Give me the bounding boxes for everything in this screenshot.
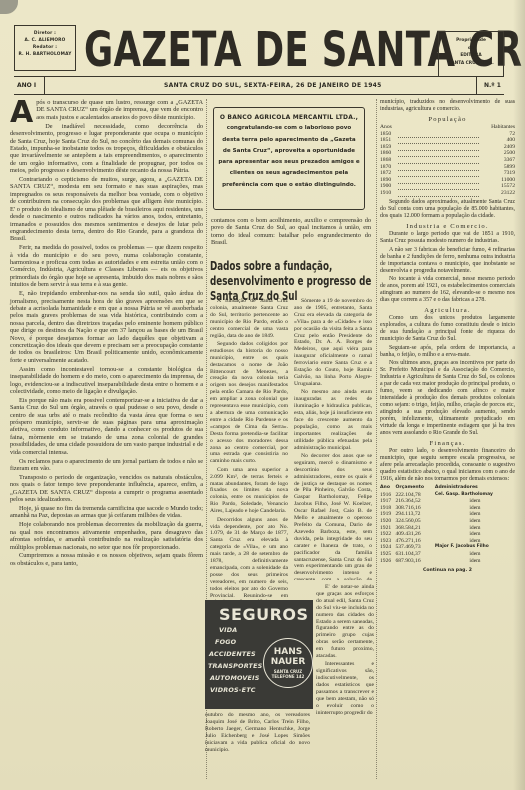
value-cell: 7319 xyxy=(479,170,515,177)
editorial-paragraph: E, não trepidando embrenhar-nos na senda… xyxy=(10,290,203,364)
value-cell: 23122 xyxy=(479,190,515,197)
publisher-line: SANTA CRUZ LTDA. xyxy=(439,60,503,68)
editorial-paragraph: Hoje, já quase no fim da tremenda carnif… xyxy=(10,505,203,520)
column-header: Anos xyxy=(380,124,398,131)
table-row: 1921368.584,21idem xyxy=(380,525,515,532)
year-cell: 1924 xyxy=(380,544,395,551)
table-row: 1926687.903,16idem xyxy=(380,558,515,565)
company-name: NAUER xyxy=(264,657,312,667)
director-name: A. C. ALIEMORO xyxy=(15,37,75,44)
dateline: ANO I SANTA CRUZ DO SUL, SEXTA-FEIRA, 26… xyxy=(14,76,504,95)
article-paragraph: No mesmo ano ainda eram inauguradas as r… xyxy=(294,389,372,451)
agriculture-paragraph: Como um dos unicos produtos largamente e… xyxy=(380,315,515,343)
table-row: 1918308.716,16idem xyxy=(380,505,515,512)
publisher-line: da xyxy=(439,45,503,53)
budget-cell: 222.104,78 xyxy=(395,492,434,499)
column-rule xyxy=(376,99,377,779)
ad-line: AUTOMOVEIS xyxy=(210,674,260,682)
year-cell: 1919 xyxy=(380,511,395,518)
column-header: Administradores xyxy=(435,485,515,492)
table-row: 1919294.113,72idem xyxy=(380,511,515,518)
article-paragraph: No decorrer dos anos que se seguiram, me… xyxy=(294,453,372,580)
editor-box: Diretor : A. C. ALIEMORO Redator : R. H.… xyxy=(14,25,76,71)
administrator-cell: idem xyxy=(435,505,515,512)
editor-name: R. H. BARTHOLOMAY xyxy=(15,51,75,58)
table-row: 1916222.104,78Cel. Gasp. Bartholomay xyxy=(380,492,515,499)
table-row: 1917216.364,52idem xyxy=(380,498,515,505)
population-table: AnosHabitantes 185072 1851400 18592409 1… xyxy=(380,124,515,197)
editorial-paragraph: Os reclamos para o aparecimento de um jo… xyxy=(10,458,203,473)
year-cell: 1918 xyxy=(380,505,395,512)
administrator-cell: idem xyxy=(435,525,515,532)
administrator-cell: idem xyxy=(435,551,515,558)
table-row: 1851400 xyxy=(380,137,515,144)
year-cell: 1923 xyxy=(380,538,395,545)
value-cell: 72 xyxy=(479,131,515,138)
article-right-column: Sòmente a 19 de novembro do ano de 1905,… xyxy=(294,298,372,580)
ad-line: ACCIDENTES xyxy=(209,650,256,658)
editorial-paragraph: Hoje colaborando nos problemas decorrent… xyxy=(10,521,203,551)
value-cell: 400 xyxy=(479,137,515,144)
table-row: 1920324.560,05idem xyxy=(380,518,515,525)
table-row: 18602500 xyxy=(380,150,515,157)
intro-text: município, traduzidos no desenvolvimento… xyxy=(380,99,515,113)
paragraph-text: pós o transcurso de quase um lustro, res… xyxy=(36,99,203,121)
article-paragraph: Segundo dados coligidos por estudiosos d… xyxy=(210,341,288,465)
continuation-text: contamos com o bom acolhimento, auxilio … xyxy=(211,217,371,247)
company-phone: TELEFONE 142 xyxy=(264,674,312,679)
article-paragraph: Decorridos alguns anos de vida dependent… xyxy=(210,517,288,607)
divider xyxy=(44,77,45,94)
year-cell: 1910 xyxy=(380,190,398,197)
agriculture-title: Agricultura. xyxy=(380,307,515,314)
editorial-column: Após o transcurso de quase um lustro, re… xyxy=(10,99,203,569)
editorial-paragraph: De inadiável necessidade, como decorrênc… xyxy=(10,123,203,175)
year-cell: 1922 xyxy=(380,531,395,538)
page-fold-shadow xyxy=(513,0,525,790)
industry-paragraph: A não ser 3 fabricas de beneficiar fumo,… xyxy=(380,247,515,275)
ad-line: TRANSPORTES xyxy=(208,662,262,670)
article-bottom-right: E' de notar-se ainda que graças aos esfo… xyxy=(316,584,374,734)
table-row: 185072 xyxy=(380,131,515,138)
year-cell: 1926 xyxy=(380,558,395,565)
ink-smudge xyxy=(0,0,18,14)
article-paragraph: Interessantes e significativos são, indi… xyxy=(316,661,374,716)
year-label: ANO I xyxy=(17,77,36,94)
budget-cell: 476.271,16 xyxy=(395,538,434,545)
drop-cap: A xyxy=(10,100,33,126)
table-row: 190015572 xyxy=(380,183,515,190)
year-cell: 1916 xyxy=(380,492,395,499)
year-cell: 1890 xyxy=(380,177,398,184)
masthead: Diretor : A. C. ALIEMORO Redator : R. H.… xyxy=(14,22,504,78)
budget-table: AnoOrçamentoAdministradores 1916222.104,… xyxy=(380,485,515,564)
editorial-paragraph: Contrariando o cepticismo de muitos, sur… xyxy=(10,176,203,243)
table-header: AnosHabitantes xyxy=(380,124,515,131)
industry-paragraph: No tocante à vida comercial, nesse mesmo… xyxy=(380,276,515,304)
editor-label: Redator : xyxy=(15,44,75,51)
budget-cell: 324.560,05 xyxy=(395,518,434,525)
bank-notice-title: O BANCO AGRICOLA MERCANTIL LTDA., xyxy=(218,112,360,123)
company-name: HANS xyxy=(264,647,312,657)
publisher-box: Propriedade da EDITORA SANTA CRUZ LTDA. xyxy=(438,31,504,77)
budget-cell: 687.903,16 xyxy=(395,558,434,565)
administrator-cell: idem xyxy=(435,531,515,538)
bank-notice-body: congratulando-se com o laborioso povo de… xyxy=(218,123,360,191)
budget-cell: 294.113,72 xyxy=(395,511,434,518)
table-row: 1924537.469,73Major F. Jacobus Filho xyxy=(380,544,515,551)
budget-cell: 368.584,21 xyxy=(395,525,434,532)
table-row: 18683367 xyxy=(380,157,515,164)
article-paragraph: outubro do mesmo ano, os vereadores Joaq… xyxy=(205,712,310,753)
ad-line: FOGO xyxy=(215,638,236,646)
year-cell: 1900 xyxy=(380,183,398,190)
administrator-cell: idem xyxy=(435,558,515,565)
publisher-line: Propriedade xyxy=(439,37,503,45)
budget-cell: 631.104,37 xyxy=(395,551,434,558)
editorial-paragraph: Ferir, na medida do possivel, todos os p… xyxy=(10,244,203,288)
industry-paragraph: Durante o largo periodo que vai de 1851 … xyxy=(380,231,515,245)
table-row: 1922409.431,26idem xyxy=(380,531,515,538)
table-row: 18705899 xyxy=(380,164,515,171)
ad-line: VIDROS-ETC xyxy=(210,686,256,694)
year-cell: 1921 xyxy=(380,525,395,532)
divider xyxy=(476,77,477,94)
year-cell: 1851 xyxy=(380,137,398,144)
population-title: População xyxy=(380,116,515,123)
year-cell: 1870 xyxy=(380,164,398,171)
editorial-paragraph: Eis porque não mais era possivel contemp… xyxy=(10,397,203,456)
administrator-cell: Cel. Gasp. Bartholomay xyxy=(435,492,515,499)
article-left-column: A fundação de Santa Cruz colonia, atualm… xyxy=(210,298,288,608)
year-cell: 1925 xyxy=(380,551,395,558)
editorial-continuation: contamos com o bom acolhimento, auxilio … xyxy=(211,217,371,248)
agriculture-paragraph: Seguiam-se após, pela ordem de importanc… xyxy=(380,345,515,359)
value-cell: 3367 xyxy=(479,157,515,164)
column-header: Ano xyxy=(380,485,395,492)
budget-cell: 537.469,73 xyxy=(395,544,434,551)
administrator-cell: idem xyxy=(435,498,515,505)
article-paragraph: E' de notar-se ainda que graças aos esfo… xyxy=(316,584,374,660)
article-paragraph: Com uma area superior a 2.099 Km², de te… xyxy=(210,467,288,515)
finance-paragraph: Por outro lado, o desenvolvimento financ… xyxy=(380,448,515,483)
bank-notice-box: O BANCO AGRICOLA MERCANTIL LTDA., congra… xyxy=(213,107,365,210)
newspaper-title: GAZETA DE SANTA CRUZ xyxy=(84,22,347,78)
value-cell: 2500 xyxy=(479,150,515,157)
year-cell: 1868 xyxy=(380,157,398,164)
table-row: 1925631.104,37idem xyxy=(380,551,515,558)
budget-cell: 216.364,52 xyxy=(395,498,434,505)
value-cell: 15572 xyxy=(479,183,515,190)
table-row: 191023122 xyxy=(380,190,515,197)
value-cell: 11000 xyxy=(479,177,515,184)
editorial-paragraph: Assim como incontestavel tornou-se a con… xyxy=(10,366,203,396)
administrator-cell: idem xyxy=(435,511,515,518)
column-header: Habitantes xyxy=(479,124,515,131)
director-label: Diretor : xyxy=(15,30,75,37)
administrator-cell: idem xyxy=(435,518,515,525)
article-bottom-left: outubro do mesmo ano, os vereadores Joaq… xyxy=(205,712,310,755)
company-seal: HANS NAUER SANTA CRUZ TELEFONE 142 xyxy=(263,638,313,688)
year-cell: 1872 xyxy=(380,170,398,177)
editorial-paragraph: Após o transcurso de quase um lustro, re… xyxy=(10,99,203,121)
ad-line: VIDA xyxy=(219,626,237,634)
year-cell: 1920 xyxy=(380,518,395,525)
budget-cell: 308.716,16 xyxy=(395,505,434,512)
finance-title: Finanças. xyxy=(380,440,515,447)
ad-heading: SEGUROS xyxy=(219,605,309,624)
agriculture-paragraph: Nos ultimos anos, graças aos incentivos … xyxy=(380,360,515,437)
article-headline: Dados sobre a fundação, desenvolvimento … xyxy=(210,258,375,303)
column-header: Orçamento xyxy=(395,485,434,492)
population-note: Segundo dados aproximados, atualmente Sa… xyxy=(380,199,515,220)
year-cell: 1859 xyxy=(380,144,398,151)
year-cell: 1917 xyxy=(380,498,395,505)
table-row: 18592409 xyxy=(380,144,515,151)
article-paragraph: Sòmente a 19 de novembro do ano de 1905,… xyxy=(294,298,372,388)
industry-title: Industria e Comercio. xyxy=(380,223,515,230)
statistics-column: município, traduzidos no desenvolvimento… xyxy=(380,99,515,574)
issue-number: N.º 1 xyxy=(484,77,501,94)
year-cell: 1860 xyxy=(380,150,398,157)
administrator-cell: Major F. Jacobus Filho xyxy=(435,544,515,551)
budget-cell: 409.431,26 xyxy=(395,531,434,538)
editorial-paragraph: Transposto o periodo de organização, ven… xyxy=(10,474,203,504)
year-cell: 1850 xyxy=(380,131,398,138)
issue-date: SANTA CRUZ DO SUL, SEXTA-FEIRA, 26 DE JA… xyxy=(164,77,382,94)
table-row: 189011000 xyxy=(380,177,515,184)
table-header: AnoOrçamentoAdministradores xyxy=(380,485,515,492)
article-paragraph: A fundação de Santa Cruz colonia, atualm… xyxy=(210,298,288,339)
newspaper-page: Diretor : A. C. ALIEMORO Redator : R. H.… xyxy=(0,0,525,790)
editorial-paragraph: Cumpriremos a nossa missão e os nossos o… xyxy=(10,552,203,567)
value-cell: 2409 xyxy=(479,144,515,151)
table-row: 18727319 xyxy=(380,170,515,177)
continued-note: Continua na pag. 2 xyxy=(380,567,515,574)
publisher-line: EDITORA xyxy=(439,52,503,60)
value-cell: 5899 xyxy=(479,164,515,171)
insurance-advertisement: SEGUROS VIDA FOGO ACCIDENTES TRANSPORTES… xyxy=(205,600,313,709)
